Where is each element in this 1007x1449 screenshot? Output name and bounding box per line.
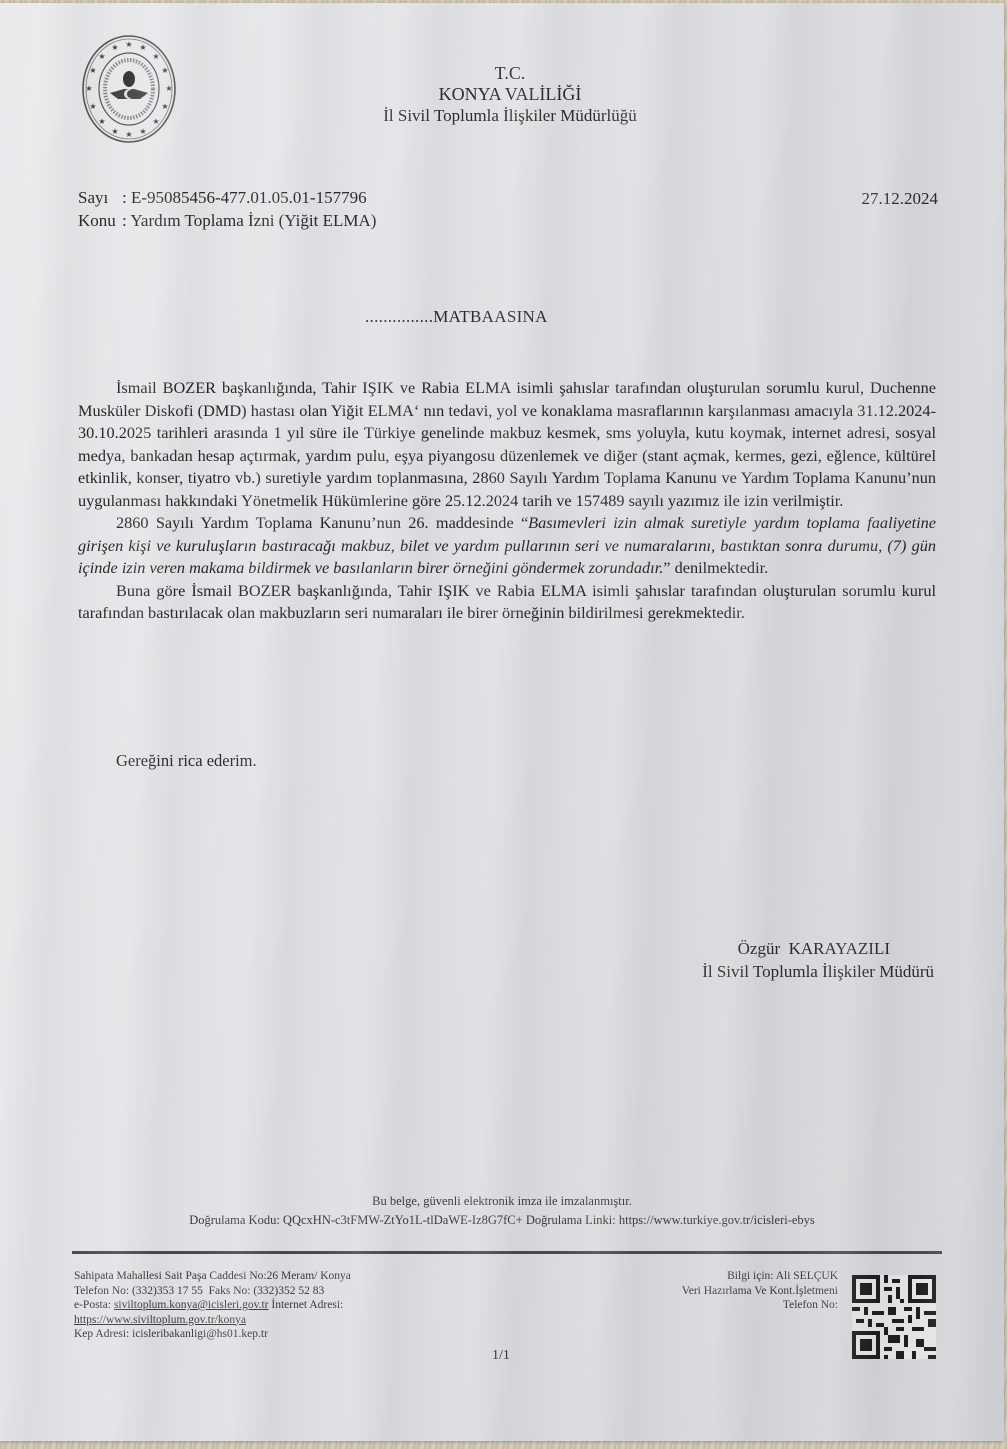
reference-number: Sayı: E-95085456-477.01.05.01-157796	[78, 186, 376, 209]
document-date: 27.12.2024	[862, 189, 939, 209]
e-signature-note: Bu belge, güvenli elektronik imza ile im…	[0, 1192, 1004, 1230]
svg-text:★: ★	[98, 52, 105, 61]
page-number: 1/1	[492, 1348, 510, 1364]
info-phone: Telefon No:	[682, 1298, 838, 1313]
e-signature-statement: Bu belge, güvenli elektronik imza ile im…	[0, 1192, 1004, 1211]
qr-code-icon	[852, 1275, 936, 1359]
letterhead-tc: T.C.	[360, 63, 660, 84]
svg-text:★: ★	[89, 66, 96, 75]
letterhead: T.C. KONYA VALİLİĞİ İl Sivil Toplumla İl…	[360, 63, 660, 126]
email-link[interactable]: siviltoplum.konya@icisleri.gov.tr	[114, 1299, 269, 1311]
letterhead-governorship: KONYA VALİLİĞİ	[360, 84, 660, 105]
signature-block: Özgür KARAYAZILI İl Sivil Toplumla İlişk…	[702, 937, 934, 983]
info-role: Veri Hazırlama Ve Kont.İşletmeni	[682, 1284, 838, 1299]
body-paragraph-3: Buna göre İsmail BOZER başkanlığında, Ta…	[78, 580, 936, 625]
svg-text:★: ★	[152, 117, 159, 126]
svg-text:★: ★	[152, 52, 159, 61]
footer-address: Sahipata Mahallesi Sait Paşa Caddesi No:…	[74, 1269, 351, 1284]
addressee: ...............MATBAASINA	[365, 307, 548, 327]
footer-phone: Telefon No: (332)353 17 55 Faks No: (332…	[74, 1284, 351, 1299]
svg-text:★: ★	[139, 43, 146, 52]
letterhead-directorate: İl Sivil Toplumla İlişkiler Müdürlüğü	[360, 105, 660, 126]
svg-text:★: ★	[85, 84, 92, 93]
svg-text:★: ★	[98, 117, 105, 126]
svg-text:★: ★	[161, 102, 168, 111]
subject: Konu: Yardım Toplama İzni (Yiğit ELMA)	[78, 209, 376, 232]
footer-divider	[72, 1251, 942, 1254]
signer-name: Özgür KARAYAZILI	[702, 937, 934, 960]
footer-kep: Kep Adresi: icisleribakanligi@hs01.kep.t…	[74, 1327, 351, 1342]
verification-code: Doğrulama Kodu: QQcxHN-c3tFMW-ZtYo1L-tlD…	[0, 1211, 1004, 1230]
closing-line: Gereğini rica ederim.	[116, 751, 257, 771]
svg-text:★: ★	[161, 66, 168, 75]
body-paragraph-1: İsmail BOZER başkanlığında, Tahir IŞIK v…	[78, 377, 936, 512]
letter-body: İsmail BOZER başkanlığında, Tahir IŞIK v…	[78, 377, 936, 625]
footer-email-row: e-Posta: siviltoplum.konya@icisleri.gov.…	[74, 1298, 351, 1313]
signer-title: İl Sivil Toplumla İlişkiler Müdürü	[702, 960, 934, 983]
footer-contact: Sahipata Mahallesi Sait Paşa Caddesi No:…	[74, 1269, 351, 1342]
svg-text:★: ★	[89, 102, 96, 111]
body-paragraph-2: 2860 Sayılı Yardım Toplama Kanunu’nun 26…	[78, 512, 936, 580]
svg-text:★: ★	[111, 43, 118, 52]
website-link[interactable]: https://www.siviltoplum.gov.tr/konya	[74, 1314, 246, 1326]
document-page: ★★★ ★★ ★★ ★★ ★★ ★★ ★★★ T.C. KONYA VALİLİ…	[0, 3, 1004, 1441]
svg-text:★: ★	[139, 127, 146, 136]
document-meta: Sayı: E-95085456-477.01.05.01-157796 Kon…	[78, 186, 376, 232]
ministry-seal-icon: ★★★ ★★ ★★ ★★ ★★ ★★ ★★★	[80, 33, 178, 145]
info-contact: Bilgi için: Ali SELÇUK	[682, 1269, 838, 1284]
svg-text:★: ★	[111, 127, 118, 136]
svg-text:★: ★	[125, 40, 132, 49]
footer-info: Bilgi için: Ali SELÇUK Veri Hazırlama Ve…	[682, 1269, 838, 1313]
svg-text:★: ★	[165, 84, 172, 93]
svg-text:★: ★	[125, 130, 132, 139]
